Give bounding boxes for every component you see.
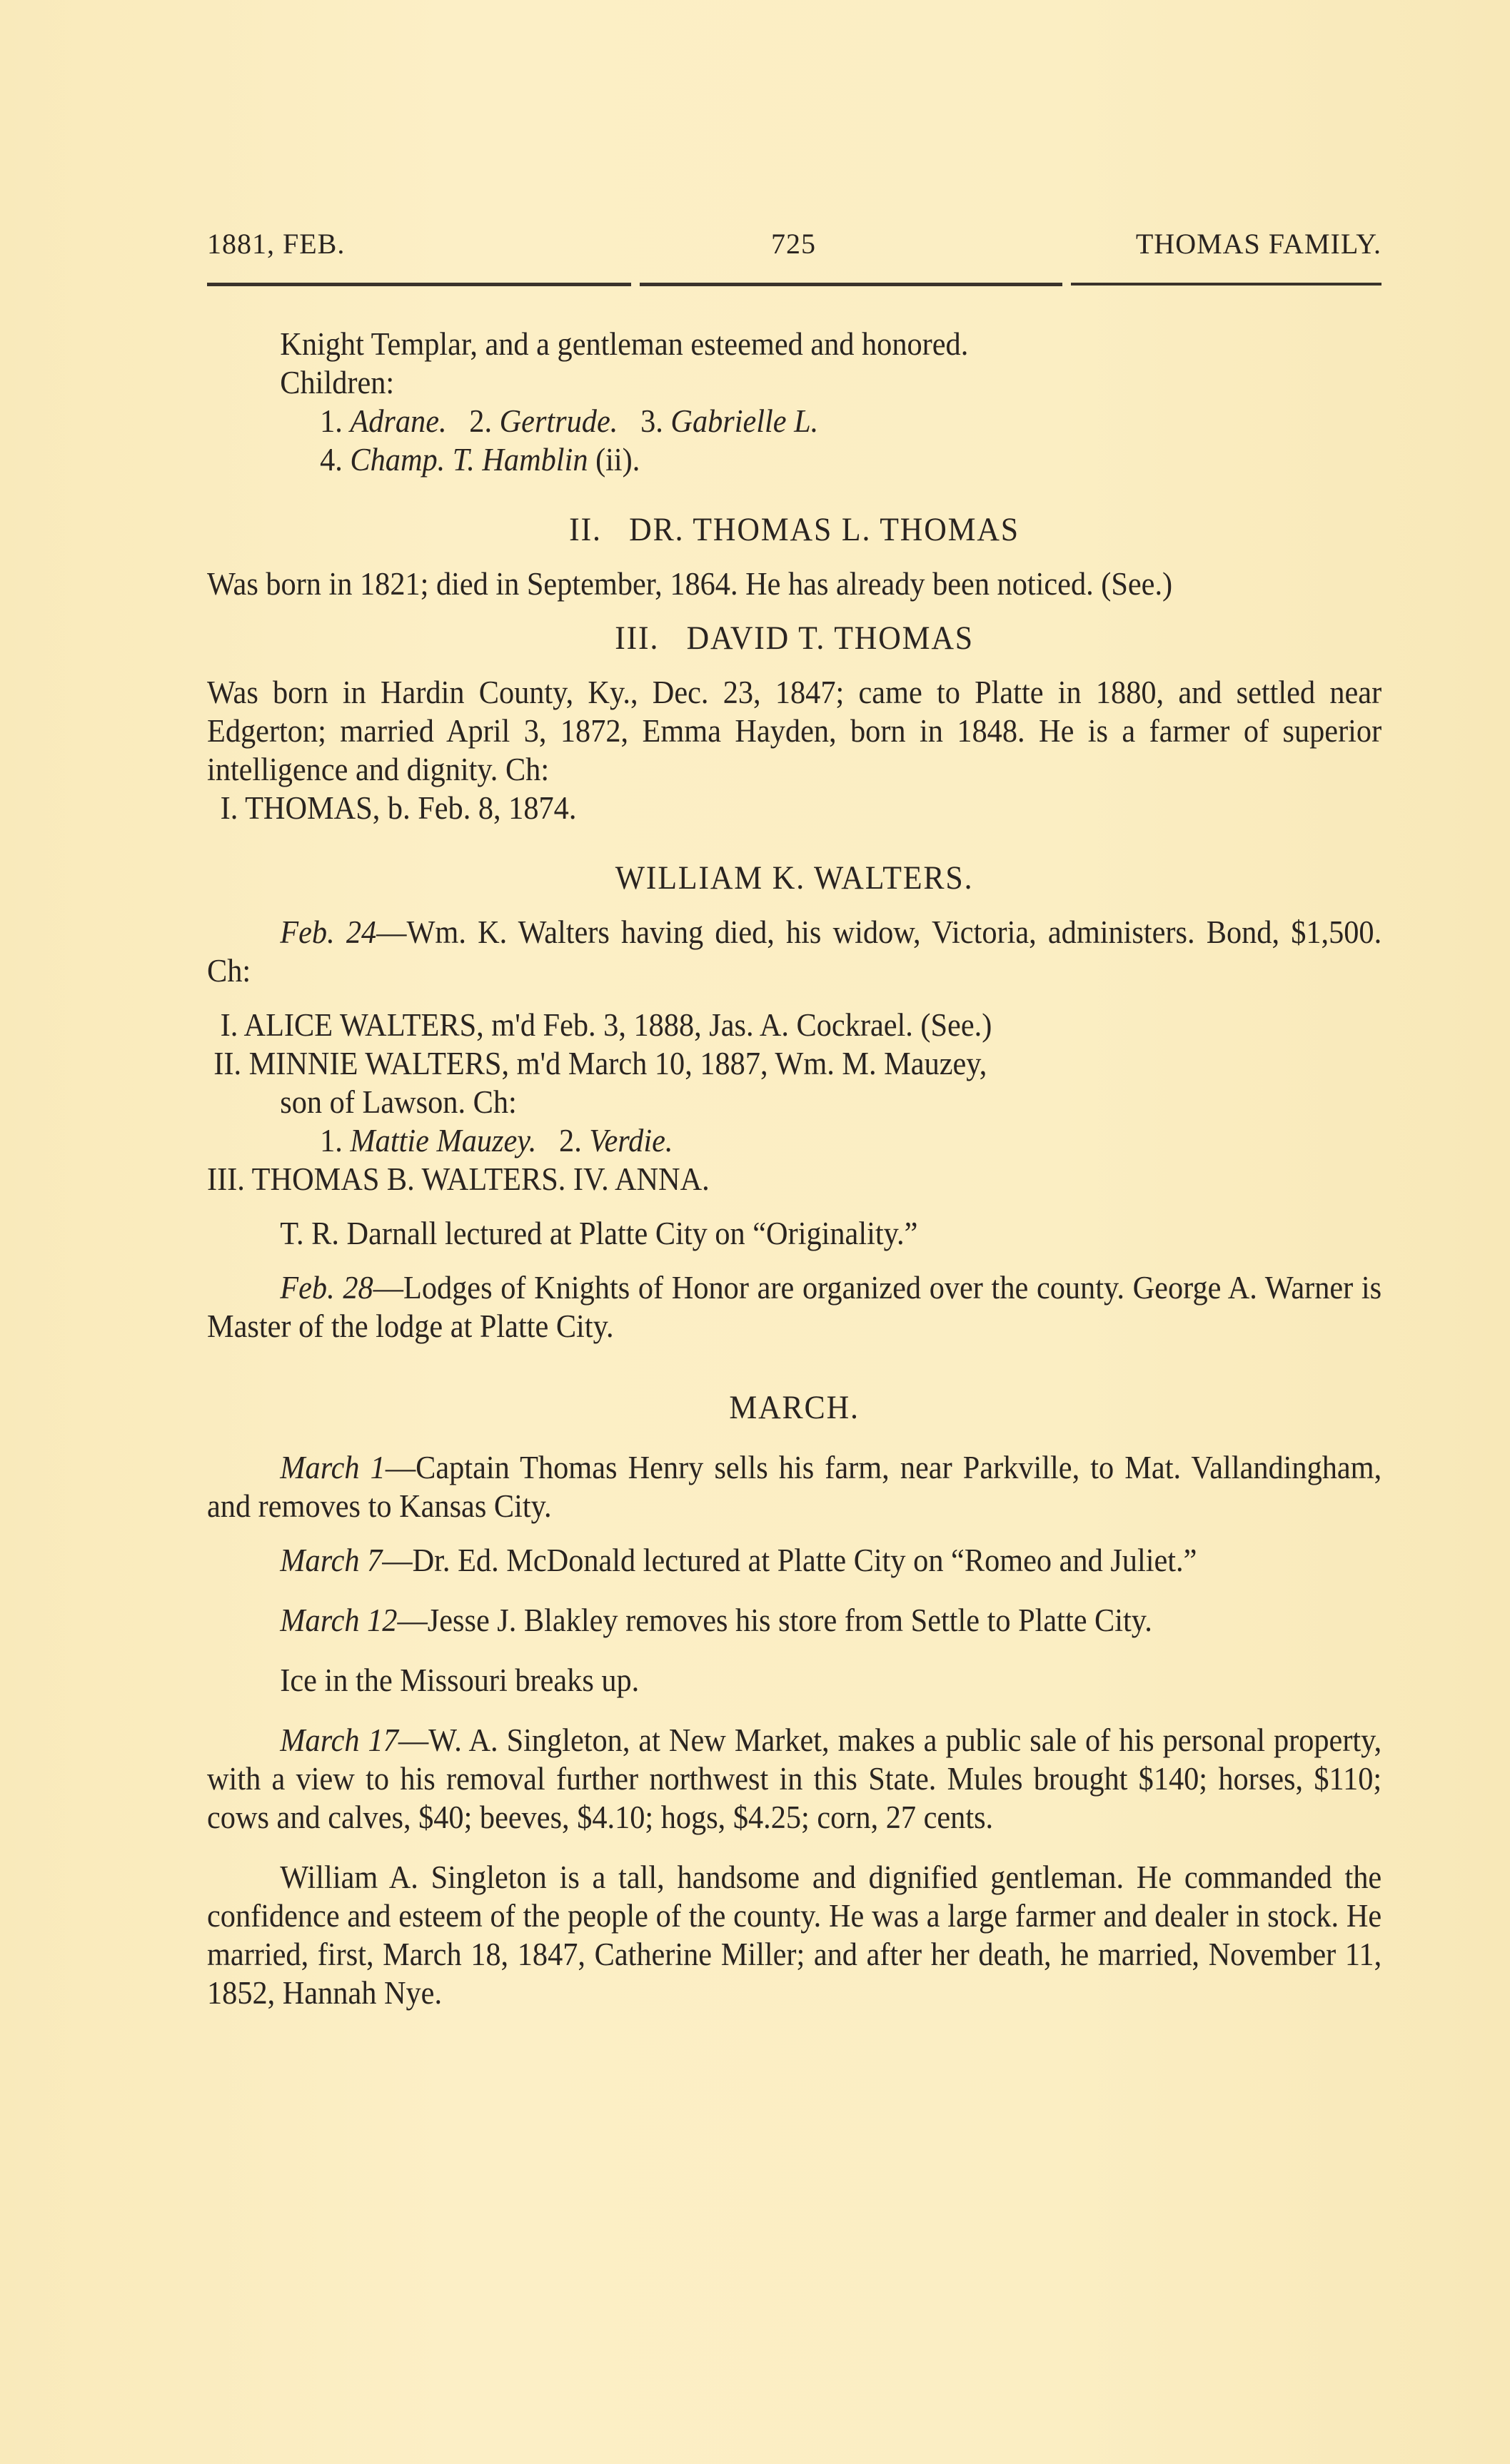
entry-date: Feb. 24 — [280, 914, 376, 950]
entry-march-7: March 7—Dr. Ed. McDonald lectured at Pla… — [207, 1541, 1381, 1580]
month-heading-march: MARCH. — [207, 1388, 1381, 1427]
page-number: 725 — [771, 227, 816, 261]
header-rule-right — [1071, 283, 1381, 286]
entry-darnall: T. R. Darnall lectured at Platte City on… — [207, 1214, 1381, 1253]
entry-ice: Ice in the Missouri breaks up. — [207, 1661, 1381, 1700]
child-name: Gertrude. — [500, 403, 618, 439]
section-heading-walters: WILLIAM K. WALTERS. — [207, 859, 1381, 897]
entry-date: March 12 — [280, 1602, 397, 1638]
entry-date: March 17 — [280, 1722, 398, 1758]
section-heading-david-t: III. DAVID T. THOMAS — [207, 619, 1381, 657]
header-rule-center — [640, 283, 1062, 286]
entry-feb-28: Feb. 28—Lodges of Knights of Honor are o… — [207, 1268, 1381, 1345]
running-head-title: THOMAS FAMILY. — [1136, 227, 1381, 261]
book-page: 1881, FEB. 725 THOMAS FAMILY. Knight Tem… — [0, 0, 1510, 2464]
walters-grandchildren: 1. Mattie Mauzey. 2. Verdie. — [207, 1121, 1381, 1160]
walters-more-children: III. THOMAS B. WALTERS. IV. ANNA. — [207, 1160, 1381, 1198]
section-heading-thomas-l: II. DR. THOMAS L. THOMAS — [207, 510, 1381, 549]
walters-entry: Feb. 24—Wm. K. Walters having died, his … — [207, 913, 1381, 990]
entry-march-1: March 1—Captain Thomas Henry sells his f… — [207, 1448, 1381, 1525]
david-t-child: I. THOMAS, b. Feb. 8, 1874. — [207, 789, 1381, 827]
children-label: Children: — [207, 363, 1381, 402]
entry-march-12: March 12—Jesse J. Blakley removes his st… — [207, 1601, 1381, 1640]
running-head-date: 1881, FEB. — [207, 227, 345, 261]
children-list-line-1: 1. Adrane. 2. Gertrude. 3. Gabrielle L. — [207, 402, 1381, 440]
child-name: Champ. T. Hamblin — [350, 441, 588, 478]
child-name: Adrane. — [350, 403, 446, 439]
entry-march-17: March 17—W. A. Singleton, at New Market,… — [207, 1721, 1381, 1837]
header-rule-left — [207, 283, 631, 286]
section-text-david-t: Was born in Hardin County, Ky., Dec. 23,… — [207, 673, 1381, 789]
child-name: Gabrielle L. — [670, 403, 818, 439]
walters-child-1: I. ALICE WALTERS, m'd Feb. 3, 1888, Jas.… — [207, 1006, 1381, 1044]
running-head: 1881, FEB. 725 THOMAS FAMILY. — [207, 227, 1381, 270]
entry-date: March 7 — [280, 1542, 382, 1578]
entry-singleton-bio: William A. Singleton is a tall, handsome… — [207, 1858, 1381, 2012]
intro-line: Knight Templar, and a gentleman esteemed… — [207, 325, 1381, 363]
section-text-thomas-l: Was born in 1821; died in September, 186… — [207, 565, 1381, 603]
entry-date: Feb. 28 — [280, 1269, 373, 1306]
body-text: Knight Templar, and a gentleman esteemed… — [207, 325, 1381, 2012]
walters-child-2: II. MINNIE WALTERS, m'd March 10, 1887, … — [207, 1044, 1381, 1083]
children-list-line-2: 4. Champ. T. Hamblin (ii). — [207, 440, 1381, 479]
entry-date: March 1 — [280, 1449, 386, 1485]
walters-child-2-cont: son of Lawson. Ch: — [207, 1083, 1381, 1121]
